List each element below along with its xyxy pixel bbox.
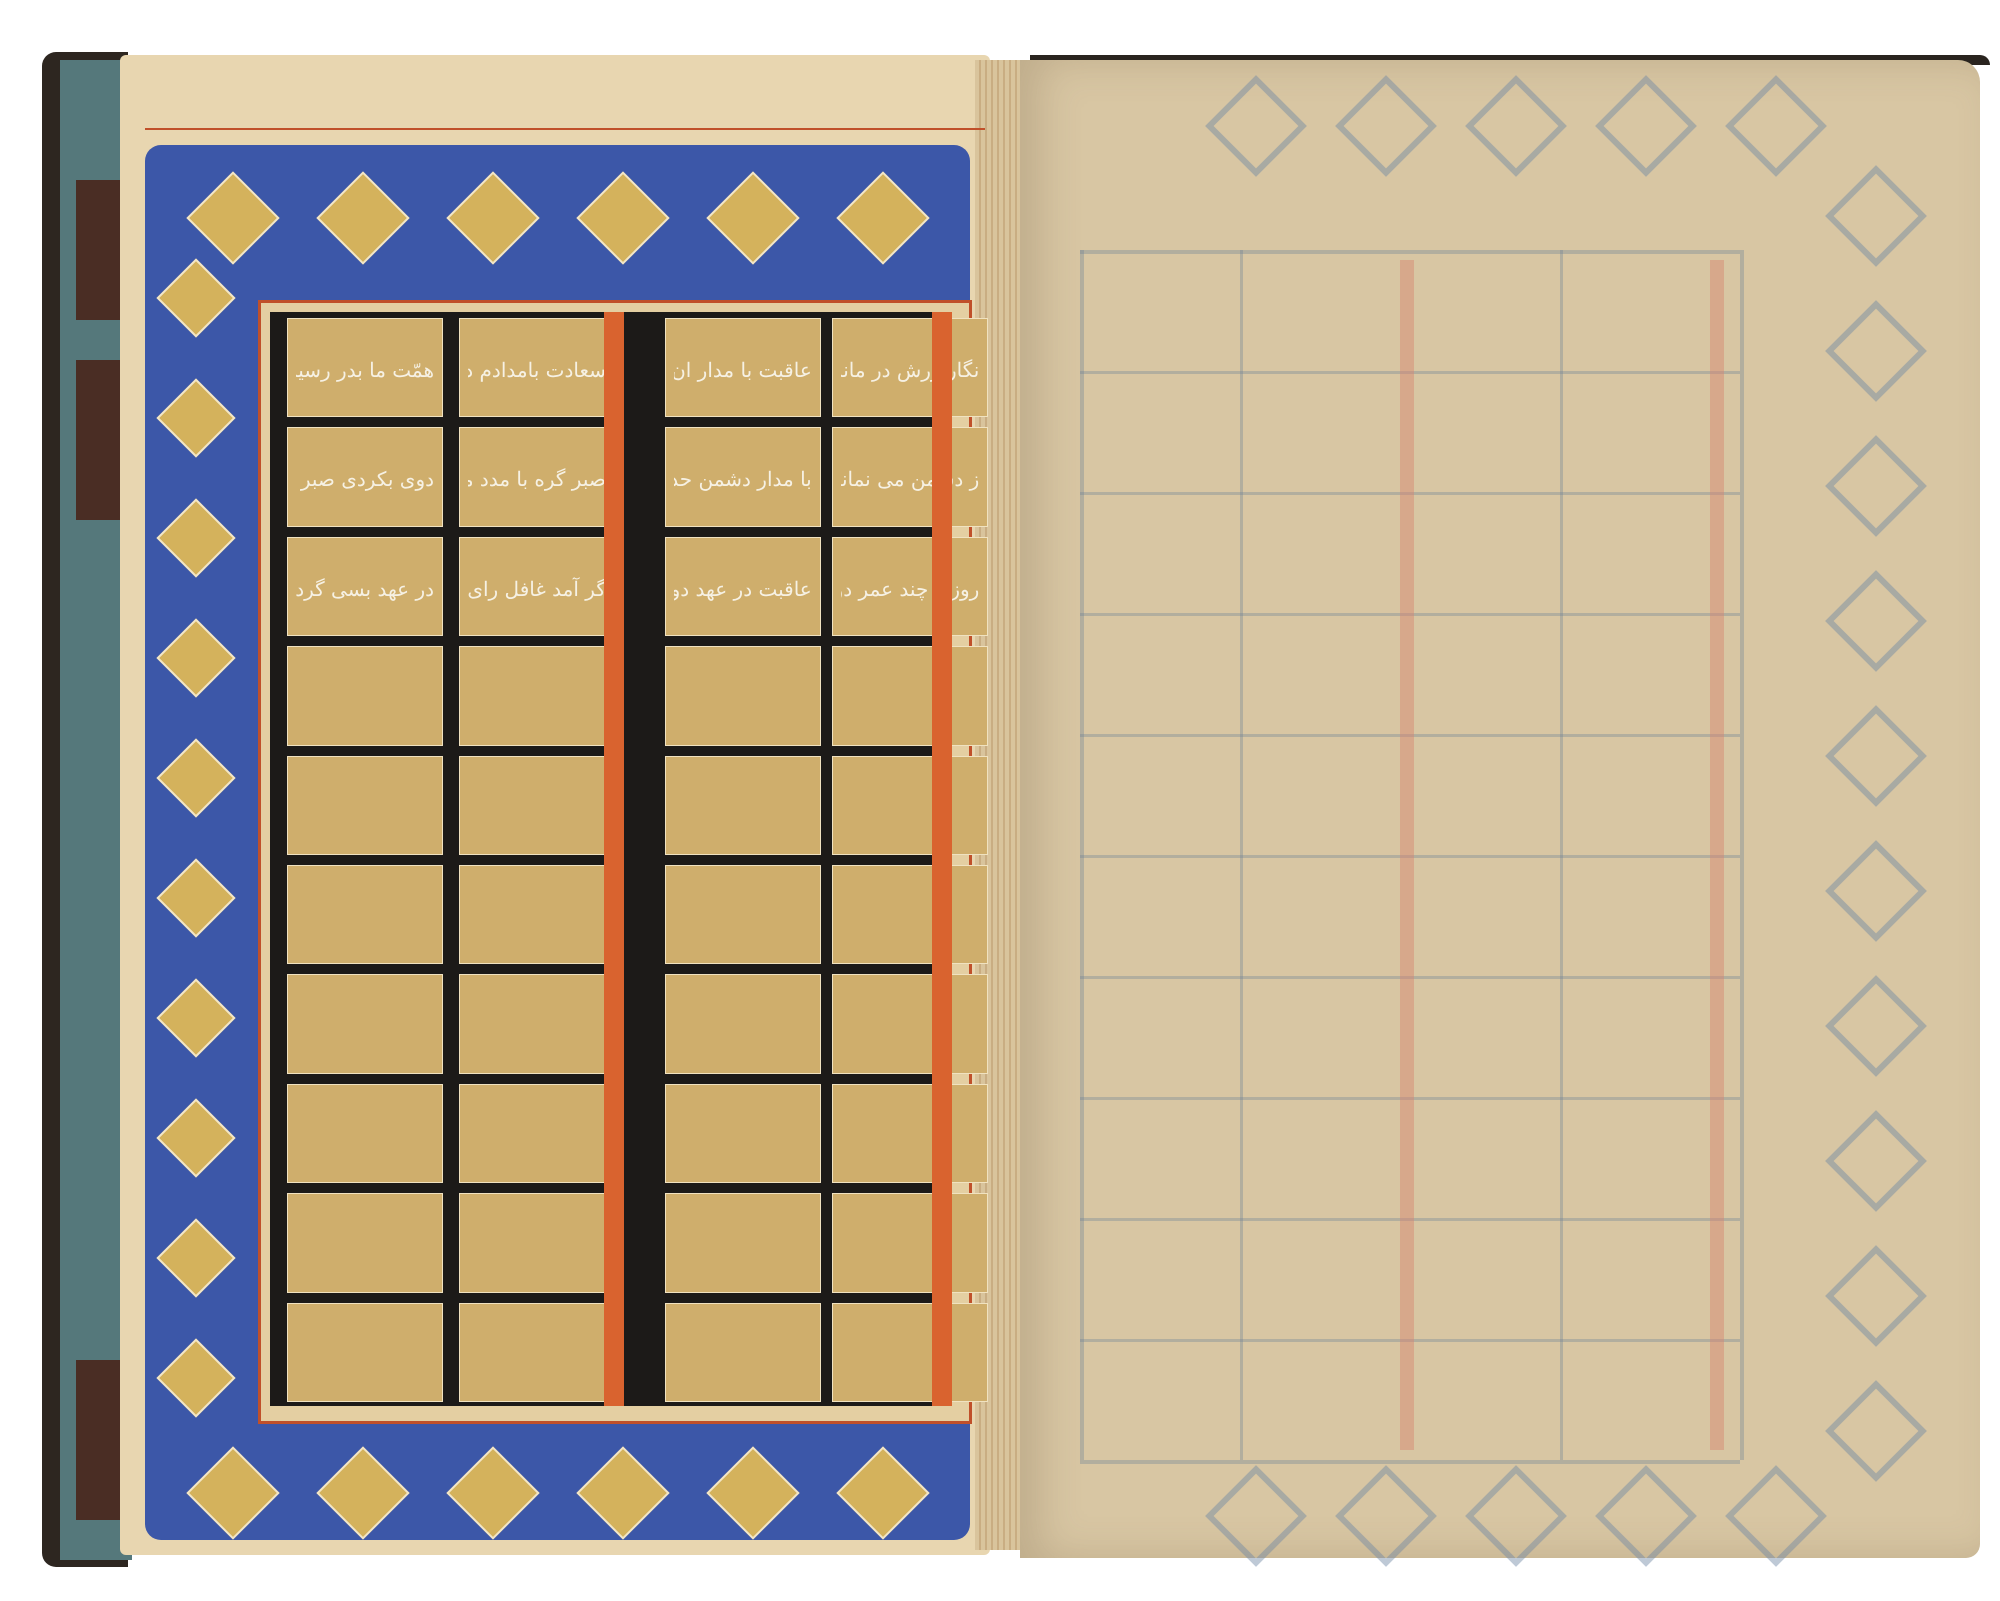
ghost-line	[1080, 1460, 1740, 1464]
verse-panel: همّت ما بدر رسید آمد راز	[287, 318, 443, 417]
verse-panel	[287, 974, 443, 1073]
verse-text: سعادت بامدادم در دو سرا	[468, 358, 606, 382]
verse-panel	[459, 1193, 615, 1292]
verse-panel	[287, 1084, 443, 1183]
ghost-diamond	[1825, 1380, 1927, 1482]
verse-panel	[459, 1303, 615, 1402]
verse-panel: گر آمد غافل رای خوش	[459, 537, 615, 636]
verse-panel	[665, 974, 821, 1073]
verse-text: ز دشمن می نماند بس دو نیم	[841, 467, 979, 491]
verse-panel: در عهد بسی گرد هی	[287, 537, 443, 636]
ghost-diamond	[1825, 300, 1927, 402]
verse-text: صبر گره با مدد مراد	[468, 467, 606, 491]
verse-panel	[832, 756, 988, 855]
verse-panel	[287, 1303, 443, 1402]
verse-panel: ز دشمن می نماند بس دو نیم	[832, 427, 988, 526]
ghost-diamond	[1725, 75, 1827, 177]
ghost-diamond	[1825, 840, 1927, 942]
verse-panel	[287, 756, 443, 855]
ghost-line	[1740, 250, 1744, 1460]
verse-text: روزی چند عمر دوار نهی	[841, 577, 979, 601]
verse-panel	[665, 1303, 821, 1402]
verse-panel	[459, 1084, 615, 1183]
ghost-diamond	[1465, 75, 1567, 177]
verse-panel	[287, 646, 443, 745]
verse-panel	[832, 865, 988, 964]
ghost-pink	[1710, 260, 1724, 1450]
verse-panel	[665, 756, 821, 855]
ghost-diamond	[1825, 975, 1927, 1077]
verse-grid: همّت ما بدر رسید آمد رازسعادت بامدادم در…	[270, 312, 952, 1406]
ghost-diamond	[1205, 1465, 1307, 1567]
verse-panel	[832, 1303, 988, 1402]
verse-panel	[832, 1084, 988, 1183]
top-rule	[145, 128, 985, 130]
verse-panel: نگار زرش در ماند بجان	[832, 318, 988, 417]
ghost-diamond	[1825, 165, 1927, 267]
ghost-diamond	[1825, 1110, 1927, 1212]
central-vermilion-band	[604, 312, 624, 1406]
ghost-line	[1560, 250, 1563, 1460]
ghost-diamond	[1595, 75, 1697, 177]
verse-text: گر آمد غافل رای خوش	[468, 577, 606, 601]
verse-panel	[287, 1193, 443, 1292]
verse-text: دوی بکردی صبر کار گشاد	[296, 467, 434, 491]
verse-text: در عهد بسی گرد هی	[296, 577, 434, 601]
verse-panel	[665, 1193, 821, 1292]
verse-panel	[459, 756, 615, 855]
verse-panel	[832, 1193, 988, 1292]
ghost-line	[1240, 250, 1243, 1460]
verse-panel	[832, 974, 988, 1073]
ghost-diamond	[1595, 1465, 1697, 1567]
ghost-pink	[1400, 260, 1414, 1450]
verse-panel	[665, 646, 821, 745]
ghost-diamond	[1205, 75, 1307, 177]
ghost-diamond	[1825, 705, 1927, 807]
ghost-diamond	[1825, 1245, 1927, 1347]
verse-text: همّت ما بدر رسید آمد راز	[296, 358, 434, 382]
verse-panel	[459, 974, 615, 1073]
verse-panel: صبر گره با مدد مراد	[459, 427, 615, 526]
ghost-diamond	[1465, 1465, 1567, 1567]
verse-text: با مدار دشمن حذر کردی دو نیم	[674, 467, 812, 491]
ghost-diamond	[1825, 435, 1927, 537]
outer-vermilion-band	[932, 312, 952, 1406]
verse-panel: با مدار دشمن حذر کردی دو نیم	[665, 427, 821, 526]
verse-panel	[287, 865, 443, 964]
verse-panel: دوی بکردی صبر کار گشاد	[287, 427, 443, 526]
verse-panel	[665, 865, 821, 964]
ghost-diamond	[1825, 570, 1927, 672]
verse-panel: روزی چند عمر دوار نهی	[832, 537, 988, 636]
verse-panel: سعادت بامدادم در دو سرا	[459, 318, 615, 417]
verse-text: عاقبت با مدار ان سحی اثار	[674, 358, 812, 382]
facing-leaf	[1020, 60, 1980, 1558]
verse-text: عاقبت در عهد دو کاری	[674, 577, 812, 601]
verse-panel: عاقبت با مدار ان سحی اثار	[665, 318, 821, 417]
verse-panel: عاقبت در عهد دو کاری	[665, 537, 821, 636]
verse-panel	[832, 646, 988, 745]
ghost-line	[1080, 250, 1740, 254]
ghost-diamond	[1725, 1465, 1827, 1567]
ghost-diamond	[1335, 1465, 1437, 1567]
verse-panel	[459, 646, 615, 745]
verse-panel	[665, 1084, 821, 1183]
verse-panel	[459, 865, 615, 964]
ghost-diamond	[1335, 75, 1437, 177]
verse-text: نگار زرش در ماند بجان	[841, 358, 979, 382]
